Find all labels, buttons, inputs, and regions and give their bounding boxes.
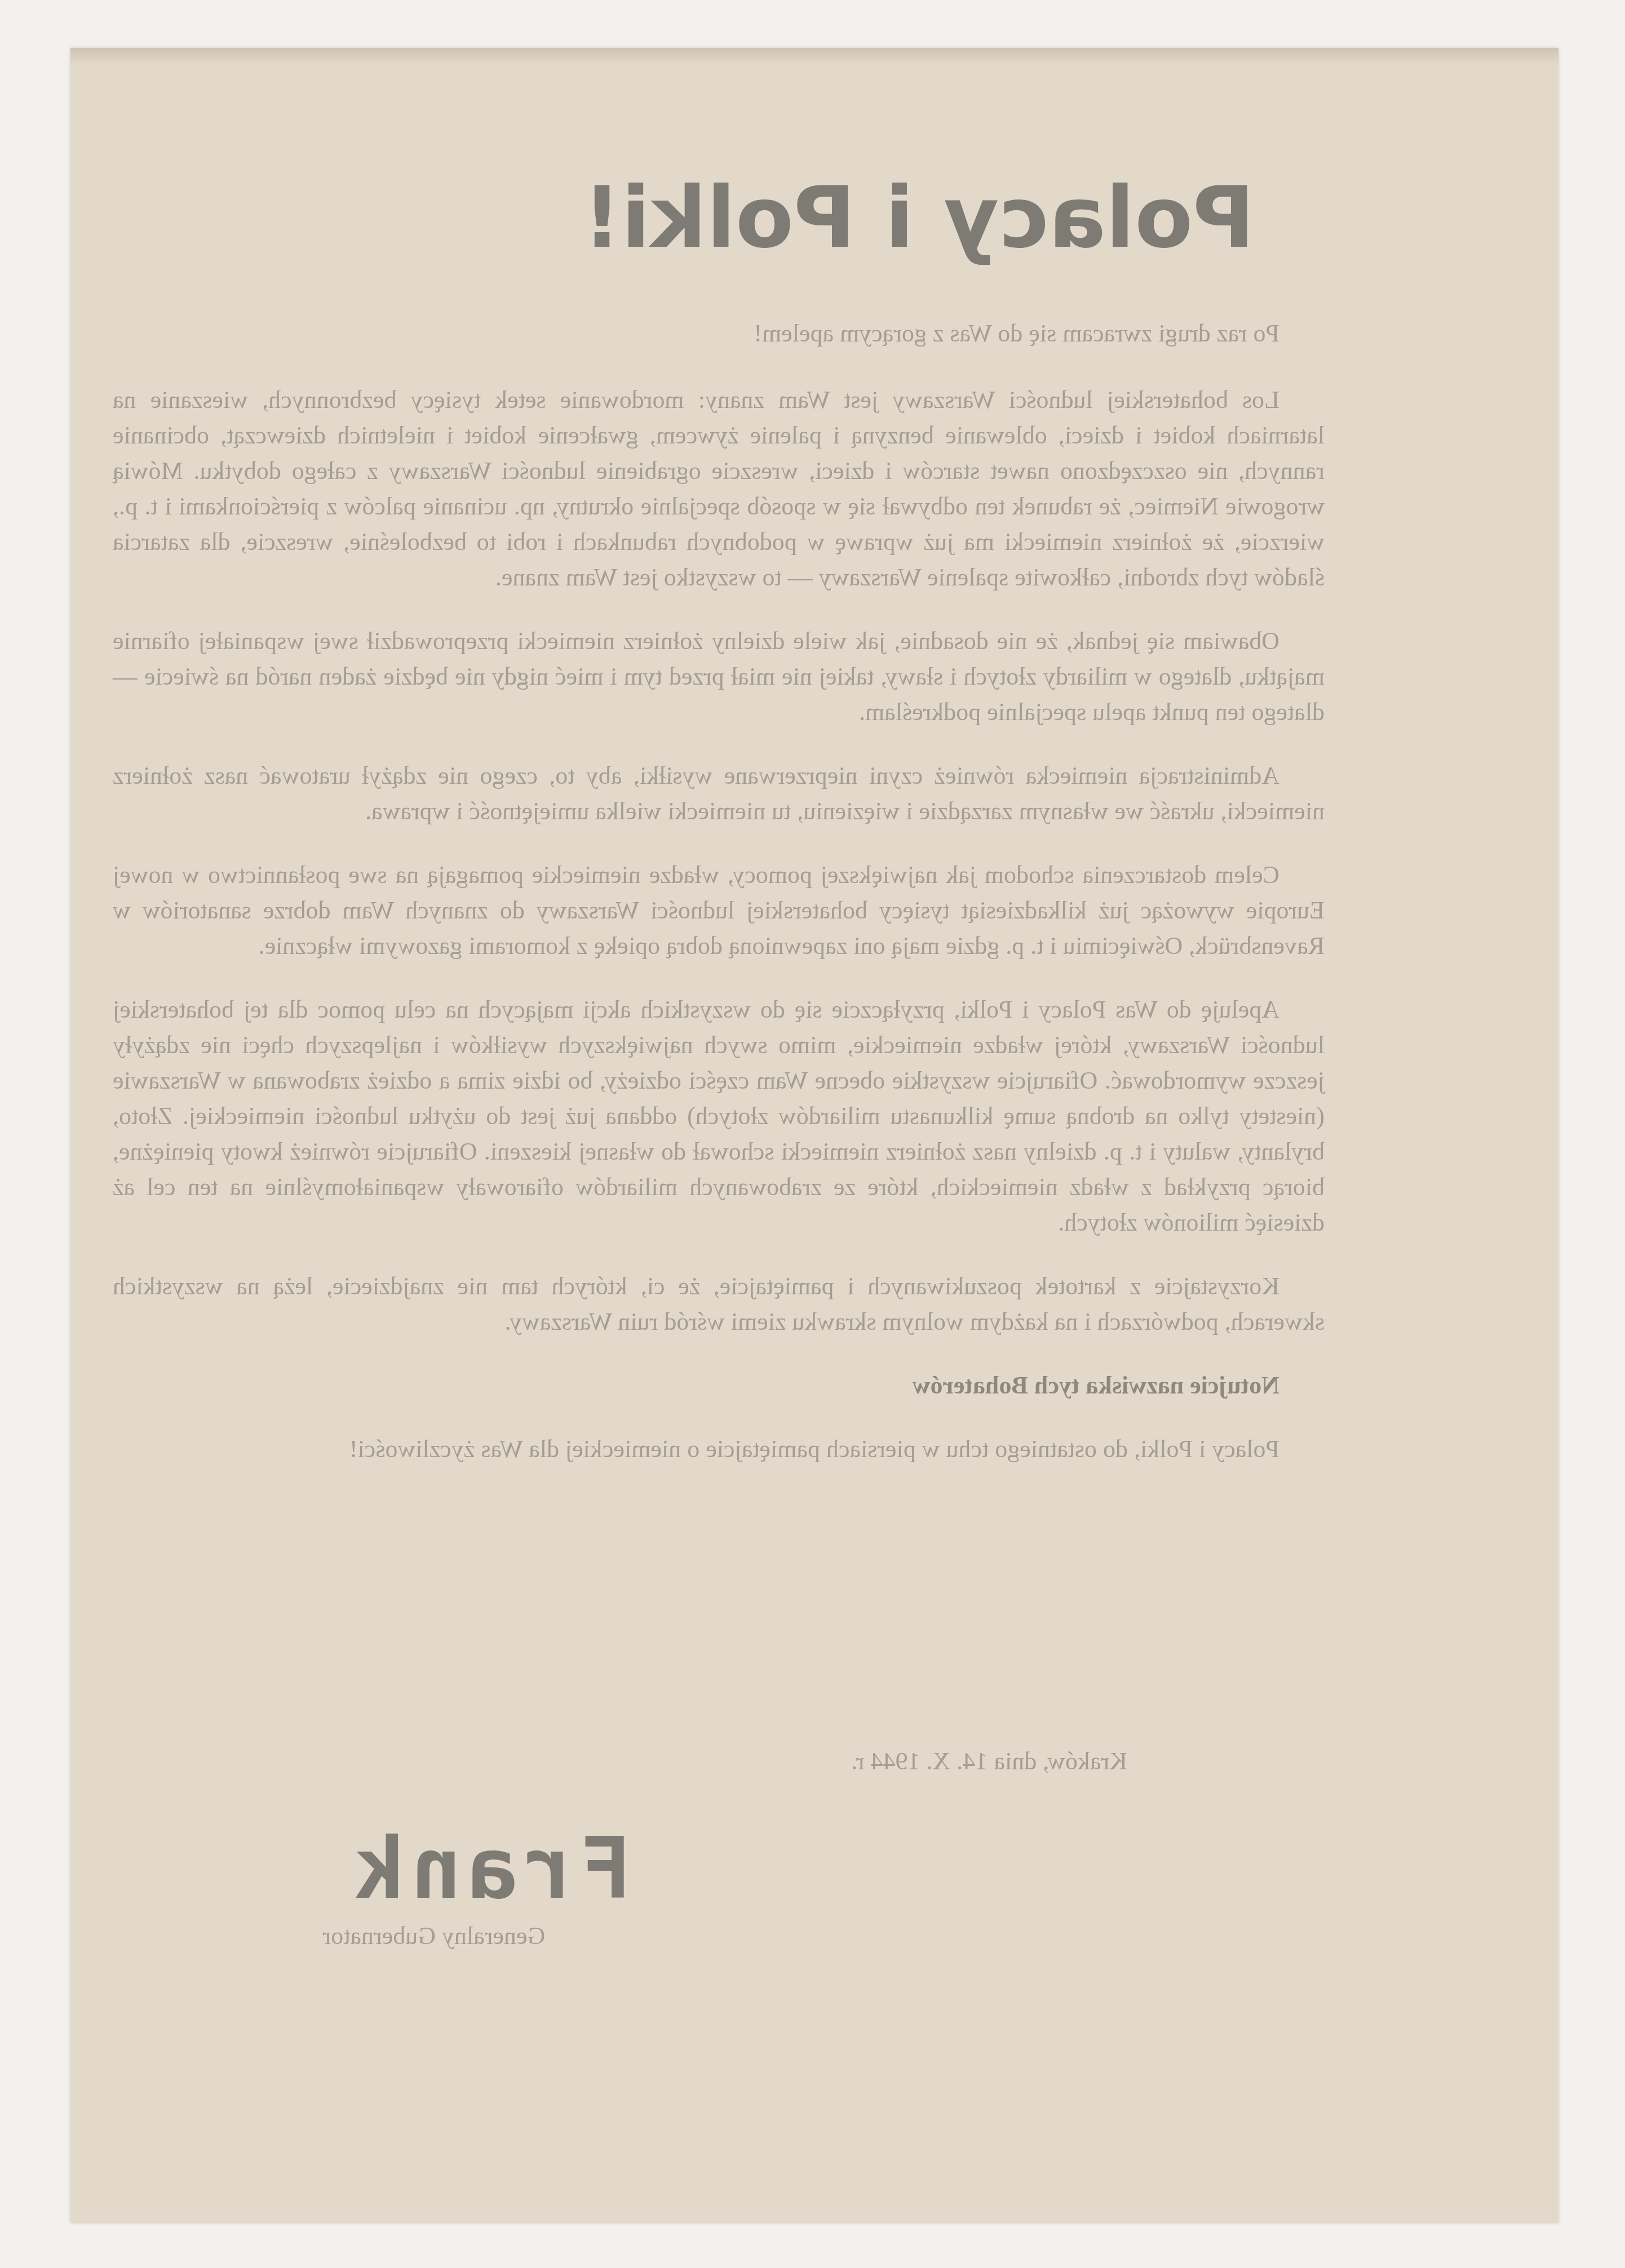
leaflet-title: Polacy i Polki! [552, 169, 1285, 267]
signature: Frank [237, 1820, 631, 1918]
leaflet-body: Po raz drugi zwracam się do Was z gorący… [113, 316, 1325, 1495]
paragraph: Los bohaterskiej ludności Warszawy jest … [113, 382, 1325, 595]
paper-worn-edge [70, 48, 1558, 65]
closing-paragraph: Polacy i Polki, do ostatniego tchu w pie… [113, 1431, 1325, 1467]
signature-title: Generalny Gubernator [237, 1921, 631, 1950]
paragraph: Apeluję do Was Polacy i Polki, przyłączc… [113, 992, 1325, 1240]
paragraph: Administracja niemiecka również czyni ni… [113, 758, 1325, 829]
lead-line: Po raz drugi zwracam się do Was z gorący… [113, 316, 1325, 351]
paragraph: Korzystajcie z kartotek poszukiwanych i … [113, 1268, 1325, 1339]
paragraph: Obawiam się jednak, że nie dosadnie, jak… [113, 623, 1325, 730]
date-line: Kraków, dnia 14. X. 1944 r. [789, 1747, 1127, 1776]
closing-heading: Notujcie nazwiska tych Bohaterów [113, 1368, 1325, 1403]
paragraph: Celem dostarczenia schodom jak największ… [113, 857, 1325, 964]
